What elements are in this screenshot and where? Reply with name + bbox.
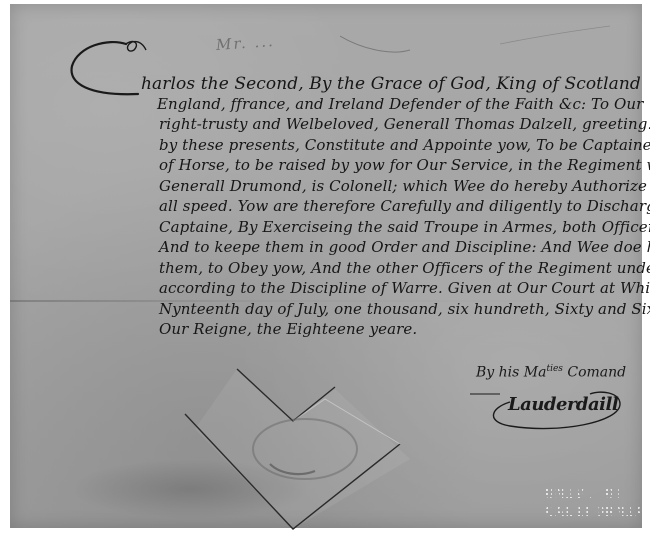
text-line: all speed. Yow are therefore Carefully a… bbox=[113, 197, 650, 218]
text-line: Our Reigne, the Eighteene yeare. bbox=[113, 320, 650, 341]
text-line: of Horse, to be raised by yow for Our Se… bbox=[113, 156, 650, 177]
text-line: Generall Drumond, is Colonell; which Wee… bbox=[113, 177, 650, 198]
docket-swash-icon bbox=[340, 18, 620, 58]
command-superscript: ties bbox=[546, 364, 562, 374]
paper-seal-icon bbox=[175, 359, 425, 533]
commission-text: harlos the Second, By the Grace of God, … bbox=[113, 74, 650, 341]
text-line: England, ffrance, and Ireland Defender o… bbox=[113, 95, 650, 116]
text-line: Nynteenth day of July, one thousand, six… bbox=[113, 300, 650, 321]
command-prefix: By his Ma bbox=[476, 365, 546, 381]
docket-note: Mr. ... bbox=[215, 32, 275, 54]
text-line: Captaine, By Exerciseing the said Troupe… bbox=[113, 218, 650, 239]
watermark-line-1: UNIV. OF bbox=[545, 484, 645, 502]
watermark-line-2: CALIFORNIA bbox=[545, 502, 645, 520]
command-suffix: Comand bbox=[563, 365, 626, 381]
signature-block: By his Maties Comand Lauderdaill bbox=[470, 364, 650, 434]
text-line: harlos the Second, By the Grace of God, … bbox=[113, 74, 650, 95]
text-line: by these presents, Constitute and Appoin… bbox=[113, 136, 650, 157]
text-line: according to the Discipline of Warre. Gi… bbox=[113, 279, 650, 300]
signature: Lauderdaill bbox=[508, 394, 618, 415]
text-line: right-trusty and Welbeloved, Generall Th… bbox=[113, 115, 650, 136]
library-watermark: UNIV. OF CALIFORNIA bbox=[545, 484, 645, 520]
royal-command-line: By his Maties Comand bbox=[476, 364, 626, 381]
text-line: And to keepe them in good Order and Disc… bbox=[113, 238, 650, 259]
manuscript-sheet: Mr. ... harlos the Second, By the Grace … bbox=[10, 4, 642, 528]
text-line: them, to Obey yow, And the other Officer… bbox=[113, 259, 650, 280]
